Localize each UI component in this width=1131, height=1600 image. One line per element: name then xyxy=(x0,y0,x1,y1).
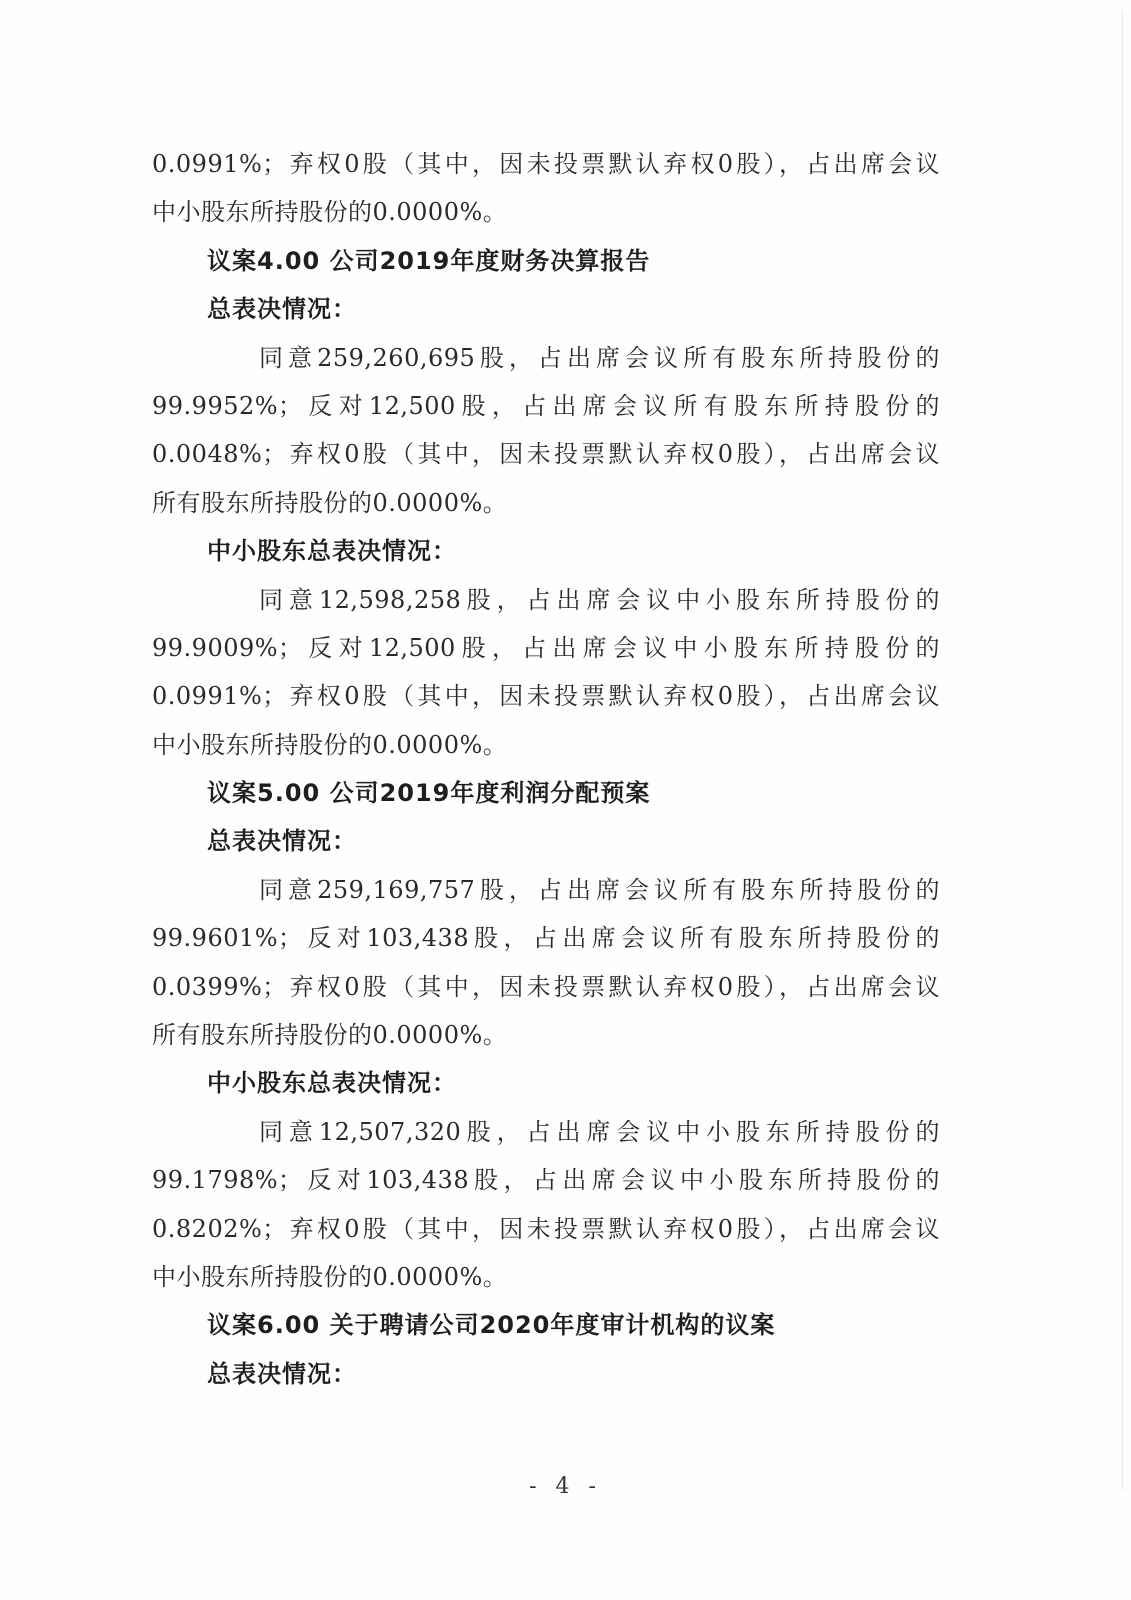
paragraph-line: 99.9952%；反对12,500股，占出席会议所有股东所持股份的 xyxy=(152,382,940,430)
scan-edge-line xyxy=(1122,10,1123,1490)
paragraph-line: 同意259,260,695股，占出席会议所有股东所持股份的 xyxy=(152,334,940,382)
paragraph-line: 所有股东所持股份的0.0000%。 xyxy=(152,1011,940,1059)
paragraph-line: 99.9601%；反对103,438股，占出席会议所有股东所持股份的 xyxy=(152,914,940,962)
document-page: 0.0991%；弃权0股（其中，因未投票默认弃权0股），占出席会议 中小股东所持… xyxy=(0,0,1131,1600)
section-heading-proposal-6: 议案6.00 关于聘请公司2020年度审计机构的议案 xyxy=(152,1301,940,1349)
subheading-total-vote: 总表决情况： xyxy=(152,1350,940,1398)
subheading-minority-vote: 中小股东总表决情况： xyxy=(152,1059,940,1107)
paragraph-line: 所有股东所持股份的0.0000%。 xyxy=(152,479,940,527)
subheading-total-vote: 总表决情况： xyxy=(152,285,940,333)
paragraph-line: 同意259,169,757股，占出席会议所有股东所持股份的 xyxy=(152,866,940,914)
paragraph-line: 中小股东所持股份的0.0000%。 xyxy=(152,1253,940,1301)
paragraph-line: 99.1798%；反对103,438股，占出席会议中小股东所持股份的 xyxy=(152,1156,940,1204)
section-heading-proposal-4: 议案4.00 公司2019年度财务决算报告 xyxy=(152,237,940,285)
page-number: - 4 - xyxy=(0,1474,1131,1499)
paragraph-line: 同意12,507,320股，占出席会议中小股东所持股份的 xyxy=(152,1108,940,1156)
paragraph-line: 中小股东所持股份的0.0000%。 xyxy=(152,188,940,236)
document-body: 0.0991%；弃权0股（其中，因未投票默认弃权0股），占出席会议 中小股东所持… xyxy=(152,140,940,1398)
subheading-minority-vote: 中小股东总表决情况： xyxy=(152,527,940,575)
paragraph-line: 0.8202%；弃权0股（其中，因未投票默认弃权0股），占出席会议 xyxy=(152,1205,940,1253)
paragraph-line: 99.9009%；反对12,500股，占出席会议中小股东所持股份的 xyxy=(152,624,940,672)
subheading-total-vote: 总表决情况： xyxy=(152,817,940,865)
section-heading-proposal-5: 议案5.00 公司2019年度利润分配预案 xyxy=(152,769,940,817)
paragraph-line: 0.0991%；弃权0股（其中，因未投票默认弃权0股），占出席会议 xyxy=(152,672,940,720)
paragraph-line: 0.0399%；弃权0股（其中，因未投票默认弃权0股），占出席会议 xyxy=(152,963,940,1011)
paragraph-line: 0.0991%；弃权0股（其中，因未投票默认弃权0股），占出席会议 xyxy=(152,140,940,188)
paragraph-line: 0.0048%；弃权0股（其中，因未投票默认弃权0股），占出席会议 xyxy=(152,430,940,478)
paragraph-line: 同意12,598,258股，占出席会议中小股东所持股份的 xyxy=(152,576,940,624)
paragraph-line: 中小股东所持股份的0.0000%。 xyxy=(152,721,940,769)
